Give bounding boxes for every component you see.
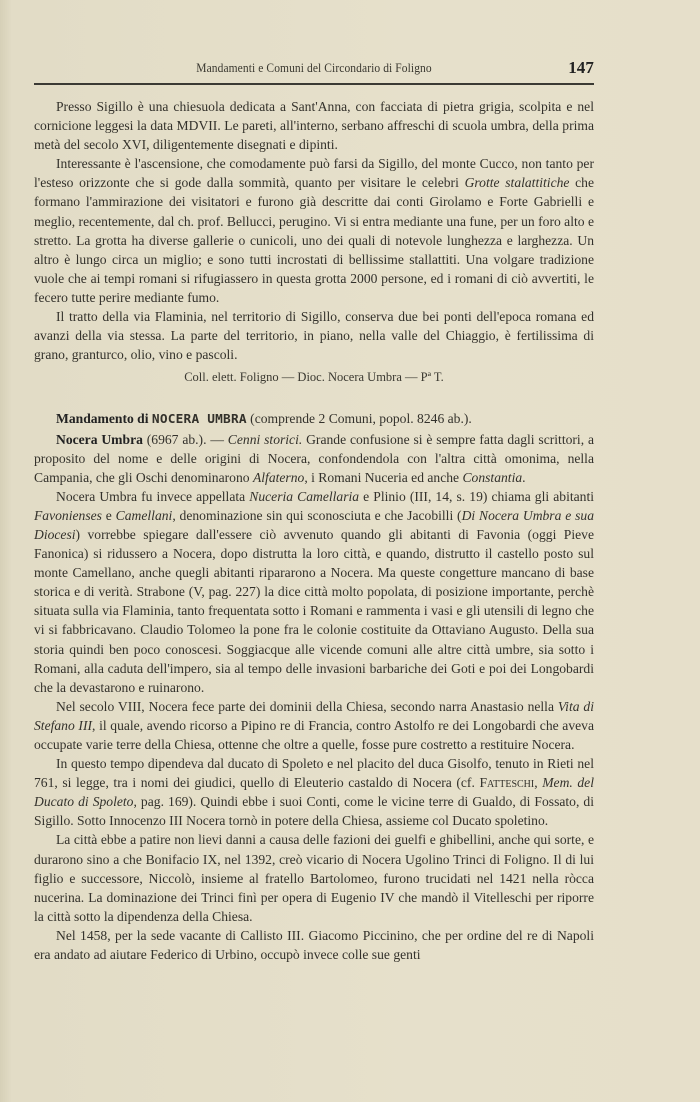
mandamento-suffix: (comprende 2 Comuni, popol. 8246 ab.). — [247, 411, 472, 426]
italic-term: Cenni storici. — [228, 432, 302, 447]
paragraph-ducato-spoleto: In questo tempo dipendeva dal ducato di … — [34, 754, 594, 830]
text: Nel secolo VIII, Nocera fece parte dei d… — [56, 699, 558, 714]
comune-name: Nocera Umbra — [56, 432, 143, 447]
page-body: Presso Sigillo è una chiesuola dedicata … — [34, 97, 594, 964]
text: e — [102, 508, 116, 523]
italic-term: Alfaterno — [253, 470, 304, 485]
italic-term: Nuceria Camellaria — [249, 489, 359, 504]
paragraph-piccinino: Nel 1458, per la sede vacante di Callist… — [34, 926, 594, 964]
paragraph-nocera-names: Nocera Umbra fu invece appellata Nuceria… — [34, 487, 594, 697]
header-rule — [34, 83, 594, 85]
mandamento-name: NOCERA UMBRA — [152, 412, 247, 427]
mandamento-heading: Mandamento di NOCERA UMBRA (comprende 2 … — [34, 409, 594, 429]
paragraph-secolo-viii: Nel secolo VIII, Nocera fece parte dei d… — [34, 697, 594, 754]
text: ) vorrebbe spiegare dall'essere ciò avve… — [34, 527, 594, 695]
italic-term: Camellani — [116, 508, 173, 523]
paragraph-nocera-intro: Nocera Umbra (6967 ab.). — Cenni storici… — [34, 430, 594, 487]
italic-term: Constantia — [462, 470, 522, 485]
italic-term: Grotte stalattitiche — [465, 175, 570, 190]
italic-term: Favonienses — [34, 508, 102, 523]
paragraph-via-flaminia: Il tratto della via Flaminia, nel territ… — [34, 307, 594, 364]
paragraph-monte-cucco: Interessante è l'ascensione, che comodam… — [34, 154, 594, 307]
text: (6967 ab.). — — [143, 432, 228, 447]
text: e Plinio (III, 14, s. 19) chiama gli abi… — [359, 489, 594, 504]
text: che formano l'ammirazione dei visitatori… — [34, 175, 594, 305]
text: , i Romani Nuceria ed anche — [304, 470, 462, 485]
text: , il quale, avendo ricorso a Pipino re d… — [34, 718, 594, 752]
text: , denominazione sin qui sconosciuta e ch… — [172, 508, 461, 523]
page-number: 147 — [568, 58, 594, 78]
text: . — [522, 470, 525, 485]
mandamento-prefix: Mandamento di — [56, 411, 152, 426]
running-title: Mandamenti e Comuni del Circondario di F… — [56, 61, 571, 76]
text: Nocera Umbra fu invece appellata — [56, 489, 249, 504]
collegio-line: Coll. elett. Foligno — Dioc. Nocera Umbr… — [34, 368, 594, 387]
paragraph-guelfi-ghibellini: La città ebbe a patire non lievi danni a… — [34, 830, 594, 925]
author-name: Fatteschi — [479, 775, 534, 790]
paragraph-sigillo-church: Presso Sigillo è una chiesuola dedicata … — [34, 97, 594, 154]
running-header: Mandamenti e Comuni del Circondario di F… — [34, 58, 594, 78]
